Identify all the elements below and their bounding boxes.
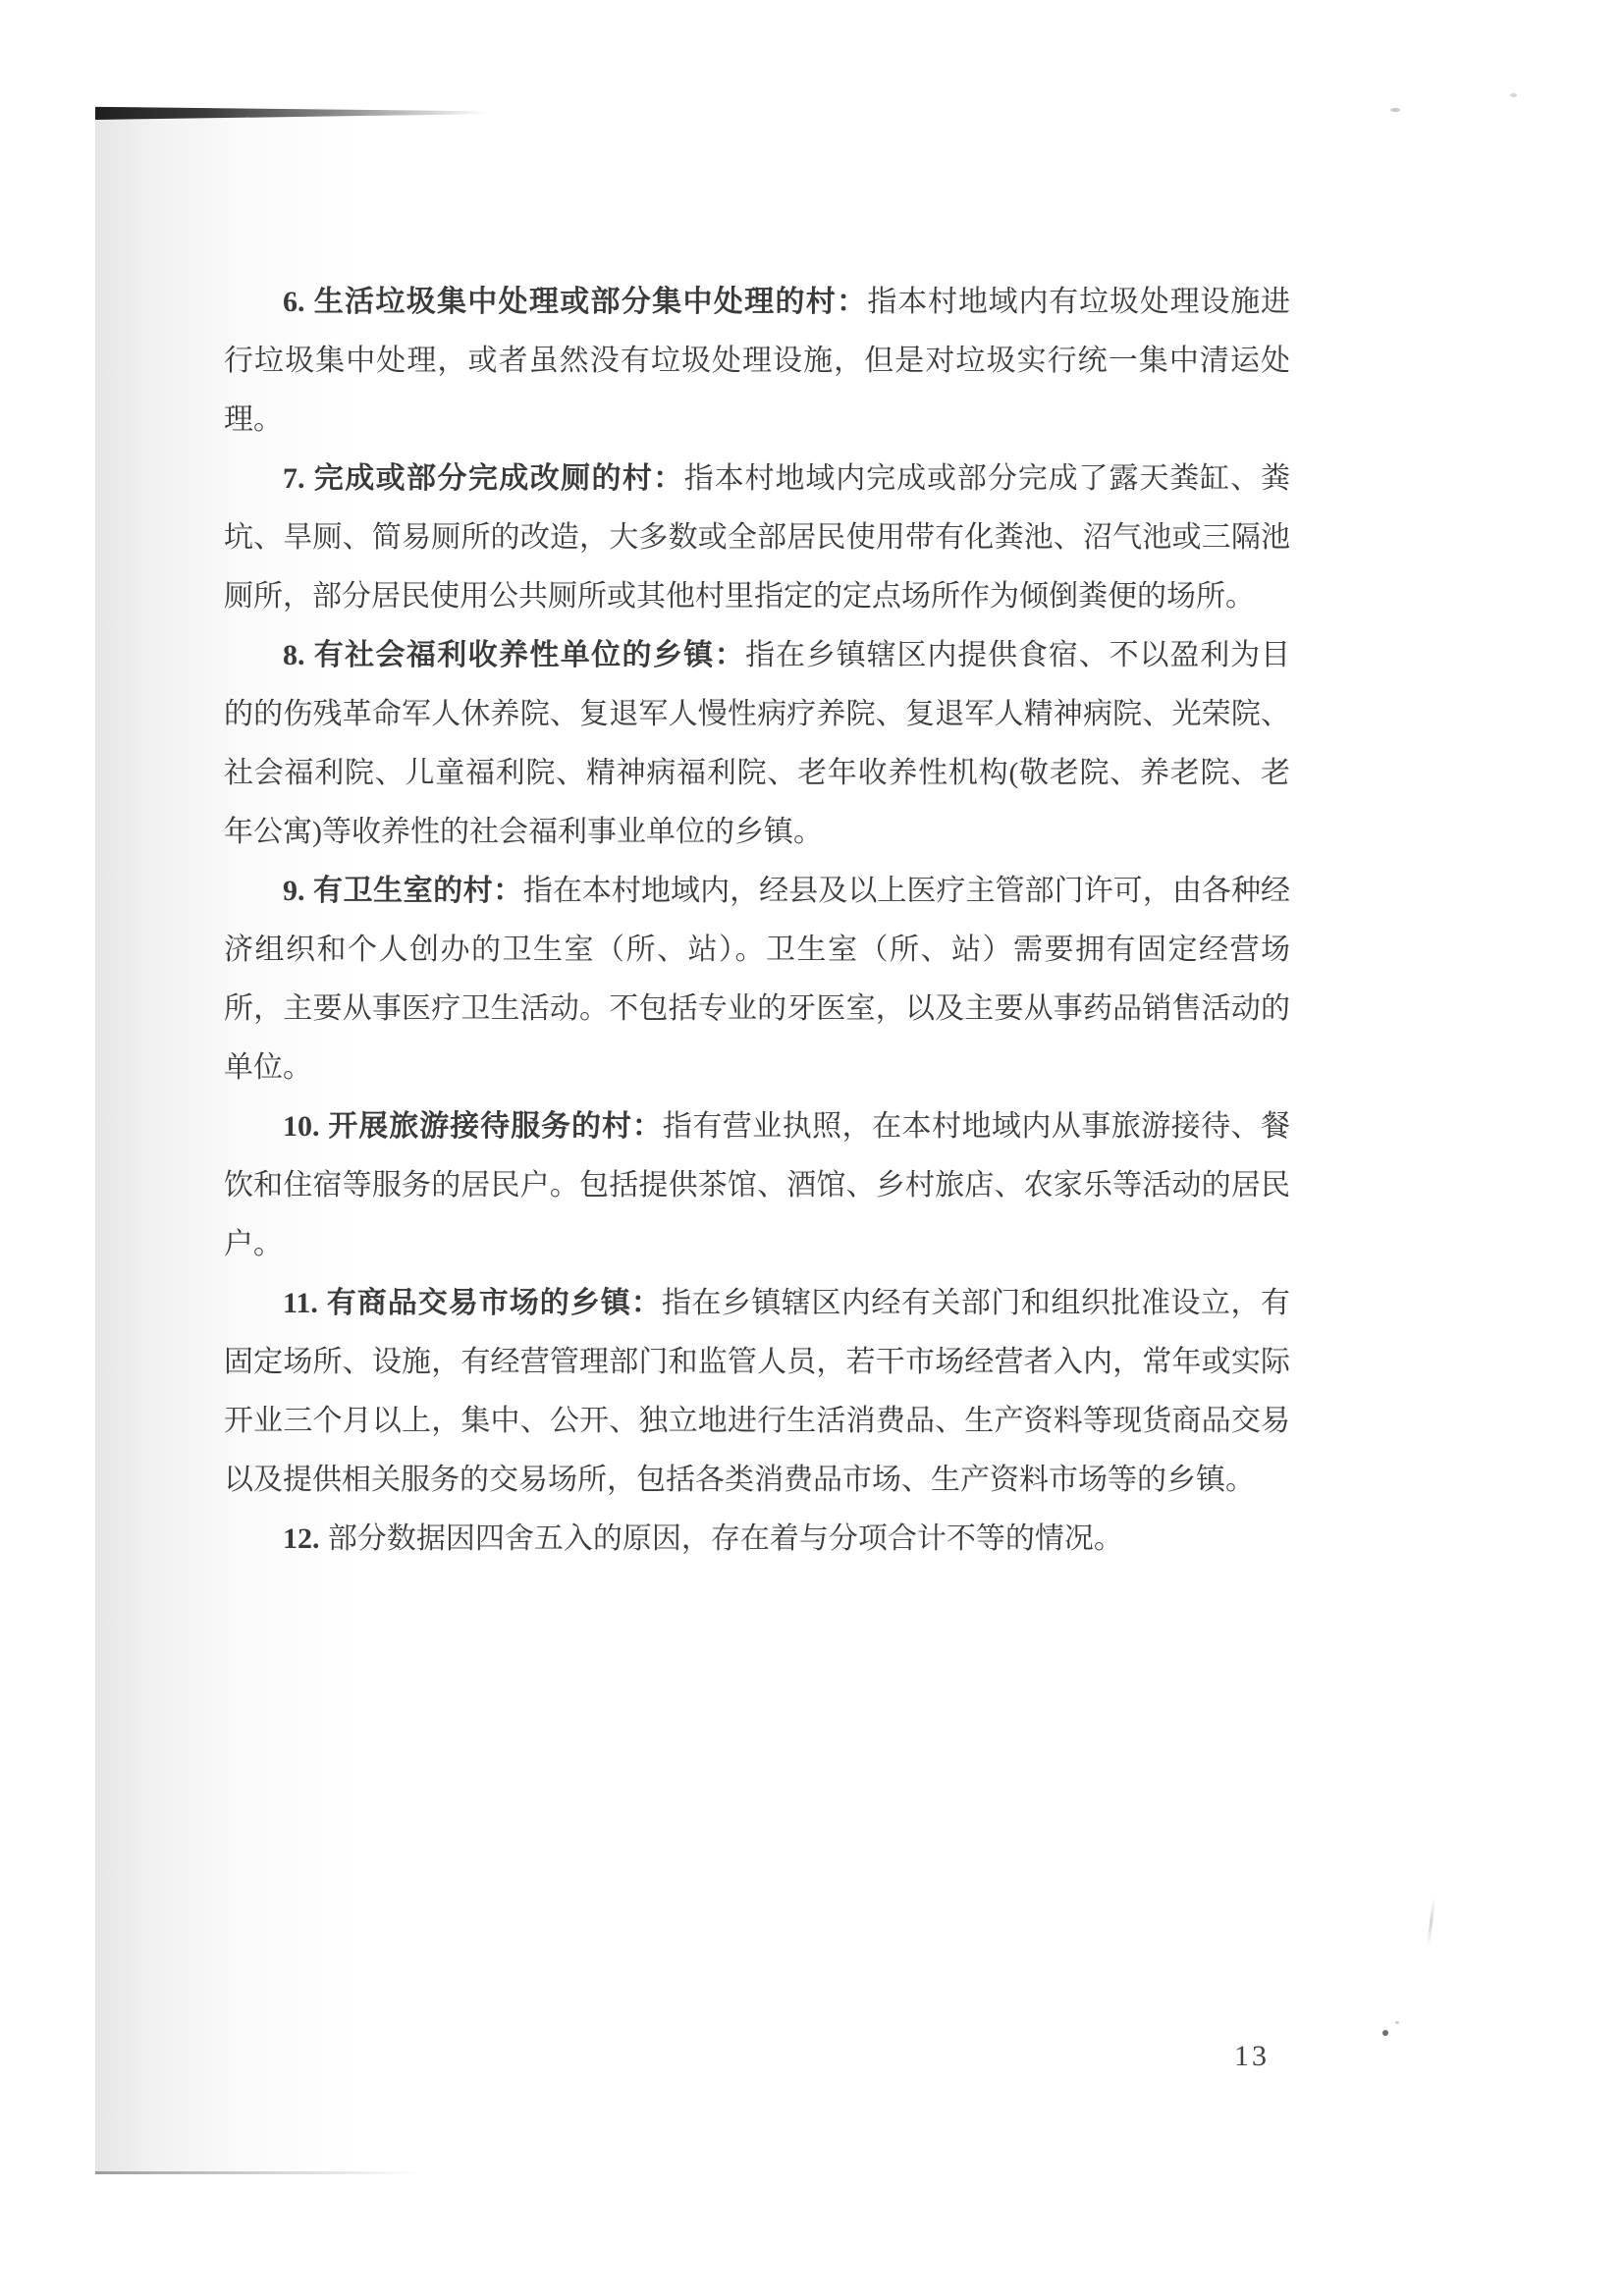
definition-item-6: 6.生活垃圾集中处理或部分集中处理的村：指本村地域内有垃圾处理设施进行垃圾集中处… — [224, 273, 1290, 450]
scan-corner-artifact — [95, 106, 488, 120]
scan-dust-speck — [1395, 2021, 1399, 2024]
item-heading: 生活垃圾集中处理或部分集中处理的村： — [313, 286, 868, 318]
item-heading: 有商品交易市场的乡镇： — [326, 1287, 662, 1319]
page-number: 13 — [1234, 2040, 1270, 2073]
definition-item-9: 9.有卫生室的村：指在本村地域内，经县及以上医疗主管部门许可，由各种经济组织和个… — [224, 862, 1290, 1097]
definition-item-10: 10.开展旅游接待服务的村：指有营业执照，在本村地域内从事旅游接待、餐饮和住宿等… — [224, 1097, 1290, 1274]
scanned-document-screenshot: 6.生活垃圾集中处理或部分集中处理的村：指本村地域内有垃圾处理设施进行垃圾集中处… — [0, 0, 1624, 2296]
scan-dust-speck — [1390, 108, 1400, 112]
item-number: 8. — [283, 639, 305, 671]
page-surface: 6.生活垃圾集中处理或部分集中处理的村：指本村地域内有垃圾处理设施进行垃圾集中处… — [95, 108, 1624, 2174]
item-number: 6. — [283, 286, 305, 318]
scan-bottom-edge-artifact — [95, 2171, 419, 2174]
item-heading: 完成或部分完成改厕的村： — [313, 462, 684, 495]
scan-dust-speck — [1382, 2030, 1388, 2036]
item-number: 12. — [283, 1522, 320, 1555]
item-heading: 有卫生室的村： — [313, 875, 523, 907]
definition-item-12: 12.部分数据因四舍五入的原因，存在着与分项合计不等的情况。 — [224, 1510, 1290, 1569]
document-body: 6.生活垃圾集中处理或部分集中处理的村：指本村地域内有垃圾处理设施进行垃圾集中处… — [224, 273, 1290, 1569]
item-body: 部分数据因四舍五入的原因，存在着与分项合计不等的情况。 — [328, 1522, 1123, 1555]
definition-item-8: 8.有社会福利收养性单位的乡镇：指在乡镇辖区内提供食宿、不以盈利为目的的伤残革命… — [224, 626, 1290, 862]
item-number: 7. — [283, 462, 305, 495]
item-number: 9. — [283, 875, 305, 907]
item-heading: 开展旅游接待服务的村： — [328, 1110, 663, 1143]
definition-item-7: 7.完成或部分完成改厕的村：指本村地域内完成或部分完成了露天粪缸、粪坑、旱厕、简… — [224, 450, 1290, 626]
definition-item-11: 11.有商品交易市场的乡镇：指在乡镇辖区内经有关部门和组织批准设立，有固定场所、… — [224, 1274, 1290, 1510]
item-heading: 有社会福利收养性单位的乡镇： — [313, 639, 745, 671]
item-number: 10. — [283, 1110, 320, 1143]
scan-dust-speck — [1510, 93, 1517, 97]
item-number: 11. — [283, 1287, 318, 1319]
